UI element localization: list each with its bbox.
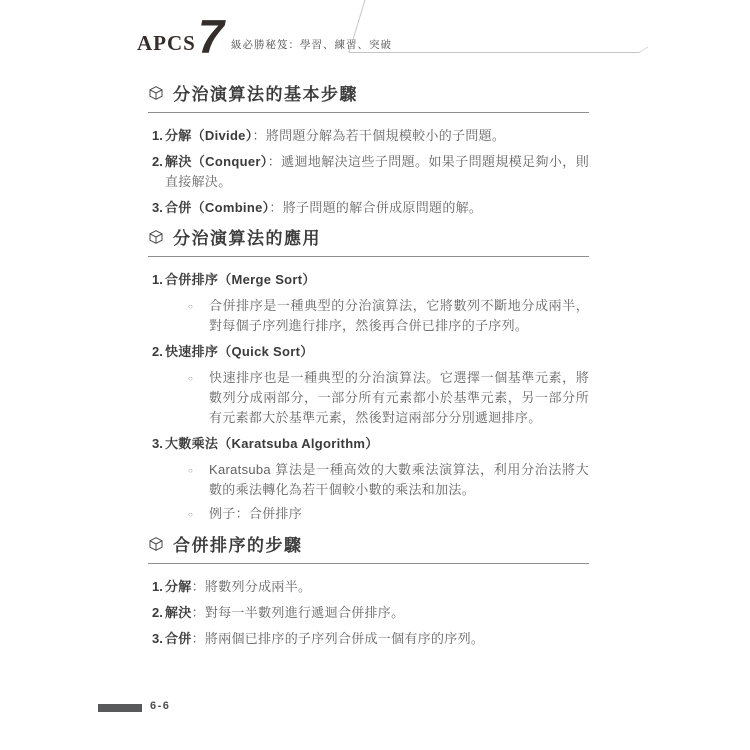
section-heading: 合併排序的步驟: [148, 531, 589, 564]
list-item: 3. 合併：將兩個已排序的子序列合併成一個有序的序列。: [152, 629, 589, 649]
list-item: 2. 快速排序（Quick Sort） ○ 快速排序也是一種典型的分治演算法。它…: [152, 342, 589, 428]
item-text: 分解（Divide）：將問題分解為若干個規模較小的子問題。: [165, 126, 589, 146]
item-number: 1.: [152, 270, 165, 290]
list-item: 2. 解決（Conquer）：遞迴地解決這些子問題。如果子問題規模足夠小，則直接…: [152, 152, 589, 192]
section-basic-steps: 分治演算法的基本步驟 1. 分解（Divide）：將問題分解為若干個規模較小的子…: [148, 80, 589, 218]
sub-list-item: ○ 例子：合併排序: [188, 504, 589, 525]
item-text: 大數乘法（Karatsuba Algorithm）: [165, 434, 379, 454]
level-number: 7: [198, 16, 224, 57]
document-page: APCS 7 級必勝秘笈：學習、練習、突破 分治演算法的基本步驟 1. 分解（D…: [0, 0, 750, 750]
sub-list-item: ○ 快速排序也是一種典型的分治演算法。它選擇一個基準元素，將數列分成兩部分，一部…: [188, 368, 589, 428]
page-content: 分治演算法的基本步驟 1. 分解（Divide）：將問題分解為若干個規模較小的子…: [148, 80, 589, 655]
section-title: 合併排序的步驟: [173, 531, 303, 556]
item-text: 快速排序（Quick Sort）: [165, 342, 314, 362]
item-number: 1.: [152, 126, 165, 146]
sub-list-item: ○ Karatsuba 算法是一種高效的大數乘法演算法，利用分治法將大數的乘法轉…: [188, 460, 589, 500]
list-item: 1. 分解：將數列分成兩半。: [152, 577, 589, 597]
list-item: 3. 合併（Combine）：將子問題的解合併成原問題的解。: [152, 198, 589, 218]
item-number: 1.: [152, 577, 165, 597]
cube-icon: [148, 536, 164, 552]
cube-icon: [148, 85, 164, 101]
list-item: 3. 大數乘法（Karatsuba Algorithm） ○ Karatsuba…: [152, 434, 589, 525]
circle-bullet-icon: ○: [188, 296, 209, 336]
item-text: 解決（Conquer）：遞迴地解決這些子問題。如果子問題規模足夠小，則直接解決。: [165, 152, 589, 192]
section-heading: 分治演算法的應用: [148, 224, 589, 257]
header-tagline: 級必勝秘笈：學習、練習、突破: [231, 37, 392, 57]
item-number: 2.: [152, 152, 165, 192]
page-number: 6-6: [150, 700, 170, 712]
item-text: 合併排序（Merge Sort）: [165, 270, 316, 290]
item-number: 3.: [152, 629, 165, 649]
section-merge-sort-steps: 合併排序的步驟 1. 分解：將數列分成兩半。 2. 解決：對每一半數列進行遞迴合…: [148, 531, 589, 649]
cube-icon: [148, 229, 164, 245]
circle-bullet-icon: ○: [188, 460, 209, 500]
sub-item-text: Karatsuba 算法是一種高效的大數乘法演算法，利用分治法將大數的乘法轉化為…: [209, 460, 589, 500]
item-number: 3.: [152, 434, 165, 454]
sub-item-text: 快速排序也是一種典型的分治演算法。它選擇一個基準元素，將數列分成兩部分，一部分所…: [209, 368, 589, 428]
item-number: 2.: [152, 603, 165, 623]
circle-bullet-icon: ○: [188, 368, 209, 428]
sub-list-item: ○ 合併排序是一種典型的分治演算法，它將數列不斷地分成兩半，對每個子序列進行排序…: [188, 296, 589, 336]
item-text: 解決：對每一半數列進行遞迴合併排序。: [165, 603, 589, 623]
circle-bullet-icon: ○: [188, 504, 209, 525]
brand-block: APCS 7 級必勝秘笈：學習、練習、突破: [137, 14, 392, 57]
item-text: 合併（Combine）：將子問題的解合併成原問題的解。: [165, 198, 589, 218]
section-title: 分治演算法的基本步驟: [173, 80, 358, 105]
item-number: 3.: [152, 198, 165, 218]
section-title: 分治演算法的應用: [173, 224, 321, 249]
sub-item-text: 合併排序是一種典型的分治演算法，它將數列不斷地分成兩半，對每個子序列進行排序，然…: [209, 296, 589, 336]
brand-logo: APCS: [137, 31, 196, 57]
section-applications: 分治演算法的應用 1. 合併排序（Merge Sort） ○ 合併排序是一種典型…: [148, 224, 589, 525]
section-heading: 分治演算法的基本步驟: [148, 80, 589, 113]
sub-item-text: 例子：合併排序: [209, 504, 589, 525]
item-text: 分解：將數列分成兩半。: [165, 577, 589, 597]
list-item: 1. 合併排序（Merge Sort） ○ 合併排序是一種典型的分治演算法，它將…: [152, 270, 589, 336]
list-item: 2. 解決：對每一半數列進行遞迴合併排序。: [152, 603, 589, 623]
item-number: 2.: [152, 342, 165, 362]
item-text: 合併：將兩個已排序的子序列合併成一個有序的序列。: [165, 629, 589, 649]
list-item: 1. 分解（Divide）：將問題分解為若干個規模較小的子問題。: [152, 126, 589, 146]
footer-bar-decoration: [98, 704, 142, 712]
